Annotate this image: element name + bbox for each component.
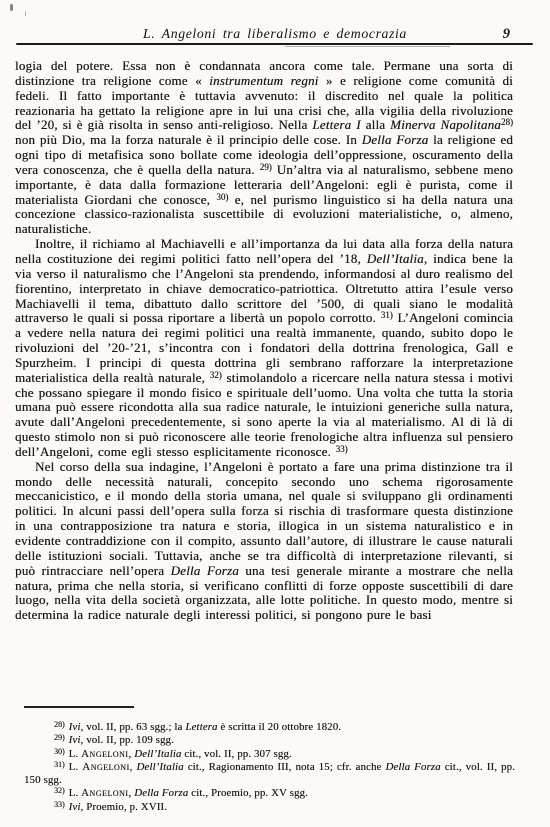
footnote: 30)L. Angeloni, Dell’Italia cit., vol. I… xyxy=(24,748,515,761)
paragraph: logia del potere. Essa non è condannata … xyxy=(15,59,513,237)
italic-text-run: instrumentum regni xyxy=(209,73,318,88)
footnote-separator xyxy=(24,706,134,708)
italic-text-run: Lettera xyxy=(185,721,217,733)
body-text: logia del potere. Essa non è condannata … xyxy=(15,59,513,623)
text-run: L. xyxy=(69,787,81,799)
footnote-ref: 32) xyxy=(210,370,222,380)
footnote-ref: 33) xyxy=(336,444,348,454)
footnote-ref: 31) xyxy=(381,310,393,320)
footnote-marker: 28) xyxy=(54,720,65,729)
text-run: , vol. II, pp. 109 sgg. xyxy=(81,734,174,746)
italic-text-run: Minerva Napolitana xyxy=(390,117,501,132)
page-number: 9 xyxy=(503,26,510,43)
paragraph: Nel corso della sua indagine, l’Angeloni… xyxy=(15,460,513,623)
header-rule xyxy=(16,43,533,45)
footnote-marker: 31) xyxy=(54,760,65,769)
italic-text-run: Ivi xyxy=(69,721,81,733)
footnote: 31)L. Angeloni, Dell’Italia cit., Ragion… xyxy=(24,761,515,788)
italic-text-run: Della Forza xyxy=(134,787,188,799)
footnote-marker: 30) xyxy=(54,747,65,756)
footnote-ref: 30) xyxy=(216,192,228,202)
header-title: L. Angeloni tra liberalismo e democrazia xyxy=(0,26,550,42)
italic-text-run: Della Forza xyxy=(171,563,239,578)
smallcaps-text-run: Angeloni xyxy=(82,761,129,773)
text-run: Nel corso della sua indagine, l’Angeloni… xyxy=(15,459,513,578)
book-page: L. Angeloni tra liberalismo e democrazia… xyxy=(0,0,550,827)
italic-text-run: Dell’Italia xyxy=(136,761,183,773)
footnote: 29)Ivi, vol. II, pp. 109 sgg. xyxy=(24,734,515,747)
footnote: 28)Ivi, vol. II, pp. 63 sgg.; la Lettera… xyxy=(24,721,515,734)
text-run: , vol. II, pp. 63 sgg.; la xyxy=(81,721,186,733)
text-run: alla xyxy=(361,117,390,132)
text-run: è scritta il 20 ottobre 1820. xyxy=(218,721,342,733)
text-run: non più Dio, ma la forza naturale è il p… xyxy=(15,132,362,147)
italic-text-run: Dell’Italia xyxy=(134,748,181,760)
paragraph: Inoltre, il richiamo al Machiavelli e al… xyxy=(15,237,513,460)
footnote-marker: 33) xyxy=(54,800,65,809)
italic-text-run: Della Forza xyxy=(362,132,429,147)
smallcaps-text-run: Angeloni xyxy=(81,787,128,799)
text-run: cit., Proemio, pp. XV sgg. xyxy=(188,787,308,799)
footnote-ref: 28) xyxy=(501,117,513,127)
italic-text-run: Lettera I xyxy=(312,117,360,132)
footnote: 32)L. Angeloni, Della Forza cit., Proemi… xyxy=(24,787,515,800)
running-header: L. Angeloni tra liberalismo e democrazia… xyxy=(0,26,550,44)
text-run: L. xyxy=(69,761,83,773)
text-run: , Proemio, p. XVII. xyxy=(81,801,168,813)
footnote: 33)Ivi, Proemio, p. XVII. xyxy=(24,801,515,814)
footnote-ref: 29) xyxy=(260,162,272,172)
italic-text-run: Dell’Italia xyxy=(367,251,424,266)
smallcaps-text-run: Angeloni xyxy=(81,748,128,760)
footnote-marker: 29) xyxy=(54,733,65,742)
footnote-marker: 32) xyxy=(54,786,65,795)
italic-text-run: Ivi xyxy=(69,801,81,813)
text-run: L. xyxy=(69,748,81,760)
text-run: cit., Ragionamento III, nota 15; cfr. an… xyxy=(184,761,386,773)
italic-text-run: Ivi xyxy=(69,734,81,746)
footnotes: 28)Ivi, vol. II, pp. 63 sgg.; la Lettera… xyxy=(24,721,515,814)
text-run: cit., vol. II, pp. 307 sgg. xyxy=(181,748,291,760)
italic-text-run: Della Forza xyxy=(385,761,440,773)
